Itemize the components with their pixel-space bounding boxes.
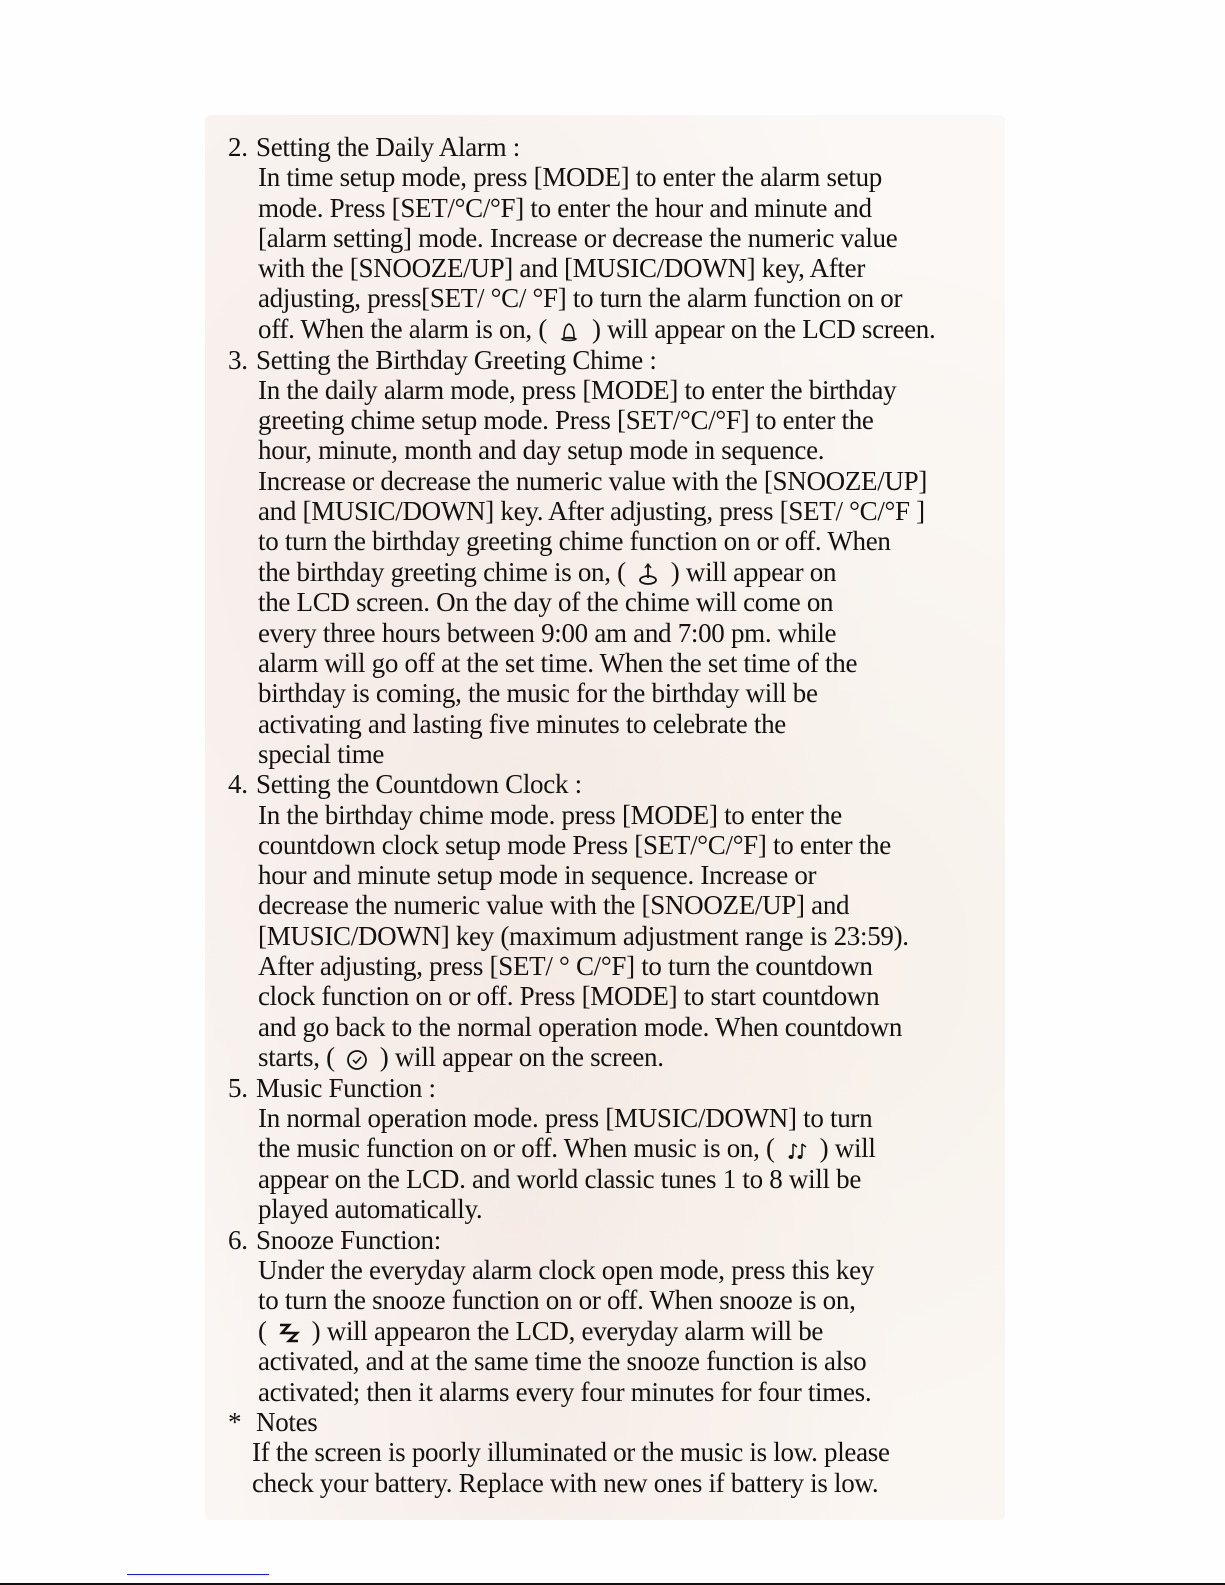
body-line: In the birthday chime mode. press [MODE]…	[258, 800, 998, 830]
section-notes: * Notes If the screen is poorly illumina…	[228, 1407, 998, 1498]
section-countdown-clock: 4. Setting the Countdown Clock : In the …	[228, 769, 998, 1072]
section-heading: 2. Setting the Daily Alarm :	[228, 132, 998, 162]
body-line-with-icon: the birthday greeting chime is on, ( ) w…	[258, 557, 998, 588]
section-music-function: 5. Music Function : In normal operation …	[228, 1073, 998, 1225]
body-line-with-icon: off. When the alarm is on, ( ) will appe…	[258, 314, 998, 345]
section-number: 2.	[228, 132, 256, 162]
text-fragment: off. When the alarm is on, (	[258, 314, 547, 344]
section-heading: 5. Music Function :	[228, 1073, 998, 1103]
body-line: greeting chime setup mode. Press [SET/°C…	[258, 405, 998, 435]
body-line: to turn the snooze function on or off. W…	[258, 1285, 998, 1315]
body-line: to turn the birthday greeting chime func…	[258, 526, 998, 556]
body-line: After adjusting, press [SET/ ° C/°F] to …	[258, 951, 998, 981]
text-fragment: ) will	[820, 1133, 876, 1163]
text-fragment: ) will appearon the LCD, everyday alarm …	[312, 1316, 823, 1346]
body-line: In the daily alarm mode, press [MODE] to…	[258, 375, 998, 405]
countdown-clock-icon	[344, 1047, 370, 1073]
section-title: Setting the Countdown Clock :	[256, 769, 582, 799]
section-number: 3.	[228, 345, 256, 375]
body-line-with-icon: ( ) will appearon the LCD, everyday alar…	[258, 1316, 998, 1347]
body-line-with-icon: the music function on or off. When music…	[258, 1133, 998, 1164]
body-line: decrease the numeric value with the [SNO…	[258, 890, 998, 920]
body-line: special time	[258, 739, 998, 769]
body-line: activating and lasting five minutes to c…	[258, 709, 998, 739]
music-note-icon	[784, 1138, 810, 1164]
body-line: Increase or decrease the numeric value w…	[258, 466, 998, 496]
link-underline	[127, 1574, 269, 1575]
text-fragment: ) will appear on	[671, 557, 836, 587]
birthday-chime-icon	[635, 561, 661, 587]
text-fragment: starts, (	[258, 1042, 335, 1072]
body-line: countdown clock setup mode Press [SET/°C…	[258, 830, 998, 860]
snooze-zz-icon	[276, 1320, 302, 1346]
body-line: and [MUSIC/DOWN] key. After adjusting, p…	[258, 496, 998, 526]
body-line: check your battery. Replace with new one…	[252, 1468, 998, 1498]
section-birthday-chime: 3. Setting the Birthday Greeting Chime :…	[228, 345, 998, 770]
body-line: the LCD screen. On the day of the chime …	[258, 587, 998, 617]
body-line: adjusting, press[SET/ °C/ °F] to turn th…	[258, 283, 998, 313]
section-body: In normal operation mode. press [MUSIC/D…	[228, 1103, 998, 1225]
section-body: Under the everyday alarm clock open mode…	[228, 1255, 998, 1407]
body-line: birthday is coming, the music for the bi…	[258, 678, 998, 708]
body-line: played automatically.	[258, 1194, 998, 1224]
body-line: In time setup mode, press [MODE] to ente…	[258, 162, 998, 192]
section-title: Setting the Birthday Greeting Chime :	[256, 345, 657, 375]
section-daily-alarm: 2. Setting the Daily Alarm : In time set…	[228, 132, 998, 345]
body-line: hour and minute setup mode in sequence. …	[258, 860, 998, 890]
section-heading: 6. Snooze Function:	[228, 1225, 998, 1255]
body-line: In normal operation mode. press [MUSIC/D…	[258, 1103, 998, 1133]
section-title: Setting the Daily Alarm :	[256, 132, 520, 162]
asterisk-icon: *	[228, 1407, 256, 1437]
body-line: hour, minute, month and day setup mode i…	[258, 435, 998, 465]
notes-heading: * Notes	[228, 1407, 998, 1437]
body-line: [alarm setting] mode. Increase or decrea…	[258, 223, 998, 253]
text-fragment: ) will appear on the screen.	[380, 1042, 664, 1072]
body-line: and go back to the normal operation mode…	[258, 1012, 998, 1042]
section-heading: 4. Setting the Countdown Clock :	[228, 769, 998, 799]
section-body: In the daily alarm mode, press [MODE] to…	[228, 375, 998, 769]
body-line: appear on the LCD. and world classic tun…	[258, 1164, 998, 1194]
section-number: 6.	[228, 1225, 256, 1255]
body-line: every three hours between 9:00 am and 7:…	[258, 618, 998, 648]
section-heading: 3. Setting the Birthday Greeting Chime :	[228, 345, 998, 375]
text-fragment: (	[258, 1316, 267, 1346]
body-line: activated; then it alarms every four min…	[258, 1377, 998, 1407]
section-number: 4.	[228, 769, 256, 799]
bell-icon	[556, 319, 582, 345]
body-line: [MUSIC/DOWN] key (maximum adjustment ran…	[258, 921, 998, 951]
section-body: In time setup mode, press [MODE] to ente…	[228, 162, 998, 344]
body-line: If the screen is poorly illuminated or t…	[252, 1437, 998, 1467]
body-line: mode. Press [SET/°C/°F] to enter the hou…	[258, 193, 998, 223]
section-snooze-function: 6. Snooze Function: Under the everyday a…	[228, 1225, 998, 1407]
notes-title: Notes	[256, 1407, 318, 1437]
notes-body: If the screen is poorly illuminated or t…	[228, 1437, 998, 1498]
section-title: Music Function :	[256, 1073, 436, 1103]
text-fragment: the music function on or off. When music…	[258, 1133, 775, 1163]
manual-page-content: 2. Setting the Daily Alarm : In time set…	[228, 132, 998, 1498]
text-fragment: the birthday greeting chime is on, (	[258, 557, 626, 587]
section-body: In the birthday chime mode. press [MODE]…	[228, 800, 998, 1073]
section-title: Snooze Function:	[256, 1225, 441, 1255]
body-line: Under the everyday alarm clock open mode…	[258, 1255, 998, 1285]
body-line: clock function on or off. Press [MODE] t…	[258, 981, 998, 1011]
body-line: alarm will go off at the set time. When …	[258, 648, 998, 678]
body-line: activated, and at the same time the snoo…	[258, 1346, 998, 1376]
body-line-with-icon: starts, ( ) will appear on the screen.	[258, 1042, 998, 1073]
body-line: with the [SNOOZE/UP] and [MUSIC/DOWN] ke…	[258, 253, 998, 283]
section-number: 5.	[228, 1073, 256, 1103]
text-fragment: ) will appear on the LCD screen.	[592, 314, 936, 344]
